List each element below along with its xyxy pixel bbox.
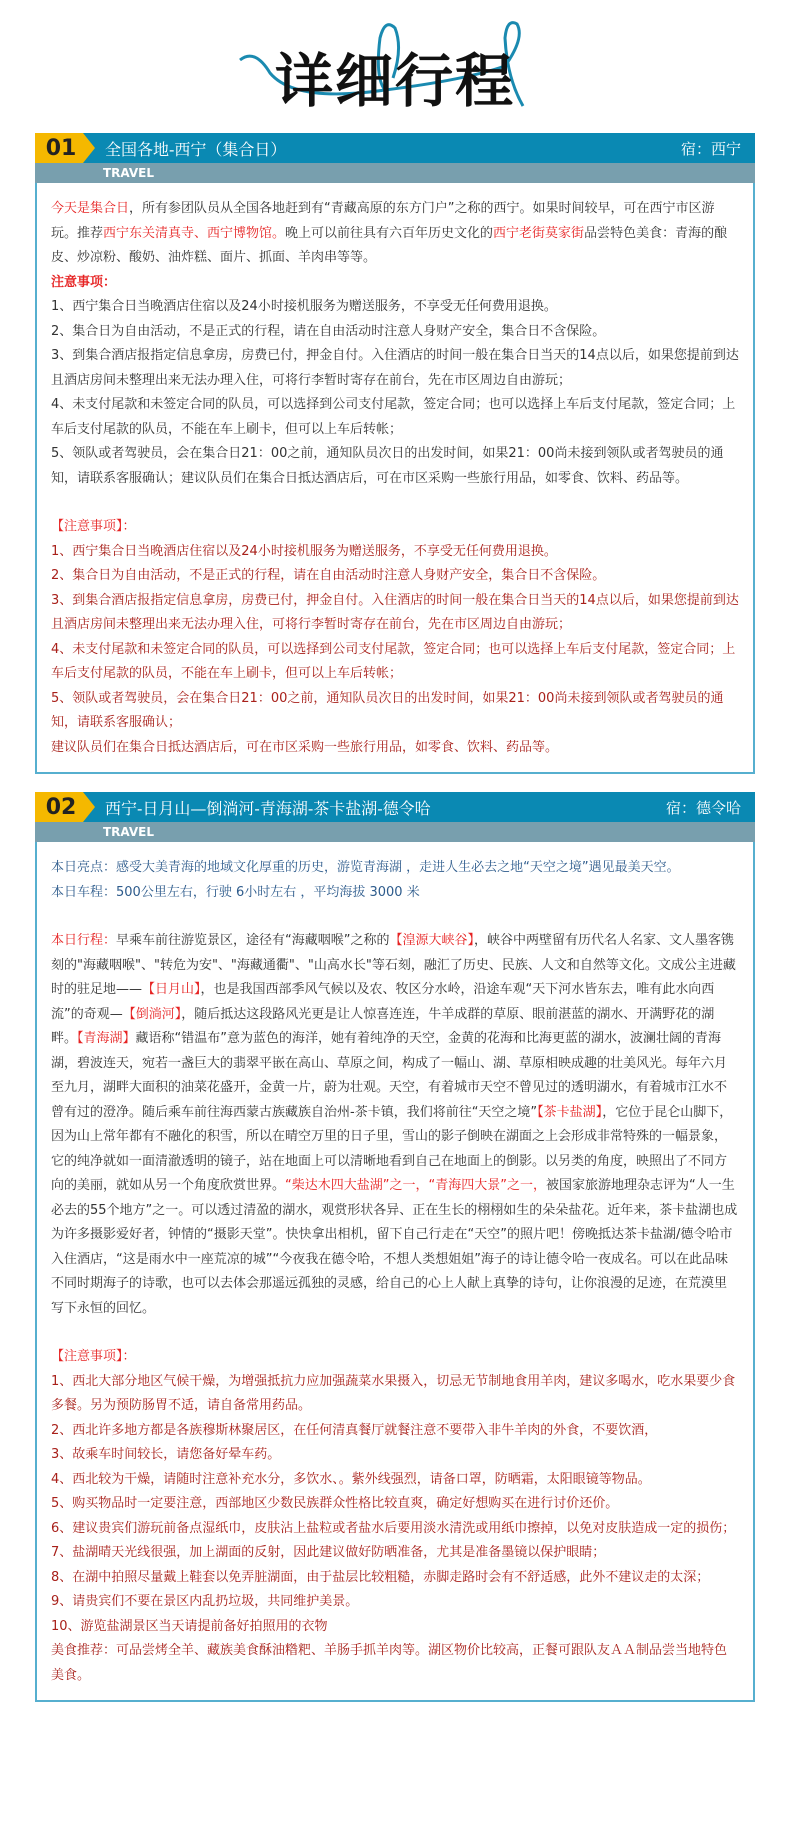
day-title: 全国各地-西宁（集合日） bbox=[105, 137, 681, 160]
itinerary-label: 本日行程： bbox=[51, 933, 116, 948]
day-header: 01 全国各地-西宁（集合日） 宿：西宁 bbox=[35, 133, 755, 163]
day-distance: 本日车程：500公里左右，行驶 6小时左右 ，平均海拔 3000 米 bbox=[51, 881, 739, 906]
intro-highlight: 今天是集合日 bbox=[51, 201, 129, 216]
notes-heading: 注意事项： bbox=[51, 271, 739, 296]
itinerary-spot: 【青海湖】 bbox=[77, 1031, 136, 1046]
itinerary-spot: 【茶卡盐湖】 bbox=[537, 1105, 602, 1120]
note2-item: 3、到集合酒店报指定信息拿房，房费已付，押金自付。入住酒店的时间一般在集合日当天… bbox=[51, 589, 739, 638]
day-stay: 宿：西宁 bbox=[681, 138, 741, 159]
itinerary-spot: 【倒淌河】 bbox=[123, 1007, 182, 1022]
intro-highlight: 西宁东关清真寺、西宁博物馆。 bbox=[103, 226, 285, 241]
itinerary-spot: 【日月山】 bbox=[142, 982, 201, 997]
note-item: 6、建议贵宾们游玩前备点湿纸巾，皮肤沾上盐粒或者盐水后要用淡水清洗或用纸巾擦掉，… bbox=[51, 1517, 739, 1542]
note-item: 4、西北较为干燥，请随时注意补充水分，多饮水、。紫外线强烈，请备口罩，防晒霜，太… bbox=[51, 1468, 739, 1493]
day-body: 今天是集合日，所有参团队员从全国各地赶到有“青藏高原的东方门户”之称的西宁。如果… bbox=[35, 183, 755, 774]
note2-item: 1、西宁集合日当晚酒店住宿以及24小时接机服务为赠送服务，不享受无任何费用退换。 bbox=[51, 540, 739, 565]
itinerary-text: 早乘车前往游览景区，途径有“海藏咽喉”之称的 bbox=[116, 933, 389, 948]
page-title-area: 详细行程 bbox=[0, 0, 790, 130]
note-item: 10、游览盐湖景区当天请提前备好拍照用的衣物 bbox=[51, 1615, 739, 1640]
intro-paragraph: 今天是集合日，所有参团队员从全国各地赶到有“青藏高原的东方门户”之称的西宁。如果… bbox=[51, 197, 739, 271]
itinerary-spot: 【湟源大峡谷】 bbox=[390, 933, 475, 948]
note-item: 8、在湖中拍照尽量戴上鞋套以免弄脏湖面，由于盐层比较粗糙，赤脚走路时会有不舒适感… bbox=[51, 1566, 739, 1591]
travel-strip: TRAVEL bbox=[35, 163, 755, 183]
notes2-heading: 【注意事项】： bbox=[51, 515, 739, 540]
page-title: 详细行程 bbox=[0, 34, 790, 118]
itinerary-text: 被国家旅游地理杂志评为“人一生必去的55个地方”之一。可以透过清盈的湖水，观赏形… bbox=[51, 1178, 737, 1316]
note2-item: 5、领队或者驾驶员，会在集合日21：00之前，通知队员次日的出发时间，如果21：… bbox=[51, 687, 739, 736]
day-section-01: 01 全国各地-西宁（集合日） 宿：西宁 TRAVEL 今天是集合日，所有参团队… bbox=[35, 133, 755, 774]
note-item: 5、购买物品时一定要注意，西部地区少数民族群众性格比较直爽，确定好想购买在进行讨… bbox=[51, 1492, 739, 1517]
intro-text: 晚上可以前往具有六百年历史文化的 bbox=[285, 226, 493, 241]
note-item: 1、西宁集合日当晚酒店住宿以及24小时接机服务为赠送服务，不享受无任何费用退换。 bbox=[51, 295, 739, 320]
intro-highlight: 西宁老街莫家街 bbox=[493, 226, 584, 241]
day-body: 本日亮点：感受大美青海的地域文化厚重的历史，游览青海湖 ，走进人生必去之地“天空… bbox=[35, 842, 755, 1702]
note2-item: 建议队员们在集合日抵达酒店后，可在市区采购一些旅行用品，如零食、饮料、药品等。 bbox=[51, 736, 739, 761]
note-item: 3、到集合酒店报指定信息拿房，房费已付，押金自付。入住酒店的时间一般在集合日当天… bbox=[51, 344, 739, 393]
day-header: 02 西宁-日月山—倒淌河-青海湖-茶卡盐湖-德令哈 宿：德令哈 bbox=[35, 792, 755, 822]
note-item: 2、西北许多地方都是各族穆斯林聚居区，在任何清真餐厅就餐注意不要带入非牛羊肉的外… bbox=[51, 1419, 739, 1444]
note2-item: 4、未支付尾款和未签定合同的队员，可以选择到公司支付尾款，签定合同；也可以选择上… bbox=[51, 638, 739, 687]
travel-strip: TRAVEL bbox=[35, 822, 755, 842]
note2-item: 2、集合日为自由活动，不是正式的行程，请在自由活动时注意人身财产安全，集合日不含… bbox=[51, 564, 739, 589]
note-item: 1、西北大部分地区气候干燥，为增强抵抗力应加强蔬菜水果摄入，切忌无节制地食用羊肉… bbox=[51, 1370, 739, 1419]
itinerary-paragraph: 本日行程：早乘车前往游览景区，途径有“海藏咽喉”之称的【湟源大峡谷】，峡谷中两壁… bbox=[51, 929, 739, 1321]
itinerary-spot: “柴达木四大盐湖”之一，“青海四大景”之一， bbox=[285, 1178, 546, 1193]
day-stay: 宿：德令哈 bbox=[666, 797, 741, 818]
food-recommendation: 美食推荐：可品尝烤全羊、藏族美食酥油糌粑、羊肠手抓羊肉等。湖区物价比较高，正餐可… bbox=[51, 1639, 739, 1688]
notes-heading: 【注意事项】： bbox=[51, 1345, 739, 1370]
note-item: 4、未支付尾款和未签定合同的队员，可以选择到公司支付尾款，签定合同；也可以选择上… bbox=[51, 393, 739, 442]
day-title: 西宁-日月山—倒淌河-青海湖-茶卡盐湖-德令哈 bbox=[105, 796, 666, 819]
day-number-badge: 02 bbox=[35, 792, 83, 822]
note-item: 9、请贵宾们不要在景区内乱扔垃圾，共同维护美景。 bbox=[51, 1590, 739, 1615]
note-item: 3、故乘车时间较长，请您备好晕车药。 bbox=[51, 1443, 739, 1468]
day-number-badge: 01 bbox=[35, 133, 83, 163]
day-section-02: 02 西宁-日月山—倒淌河-青海湖-茶卡盐湖-德令哈 宿：德令哈 TRAVEL … bbox=[35, 792, 755, 1702]
note-item: 5、领队或者驾驶员，会在集合日21：00之前，通知队员次日的出发时间，如果21：… bbox=[51, 442, 739, 491]
note-item: 7、盐湖晴天光线很强，加上湖面的反射，因此建议做好防晒准备，尤其是准备墨镜以保护… bbox=[51, 1541, 739, 1566]
note-item: 2、集合日为自由活动，不是正式的行程，请在自由活动时注意人身财产安全，集合日不含… bbox=[51, 320, 739, 345]
day-highlight: 本日亮点：感受大美青海的地域文化厚重的历史，游览青海湖 ，走进人生必去之地“天空… bbox=[51, 856, 739, 881]
